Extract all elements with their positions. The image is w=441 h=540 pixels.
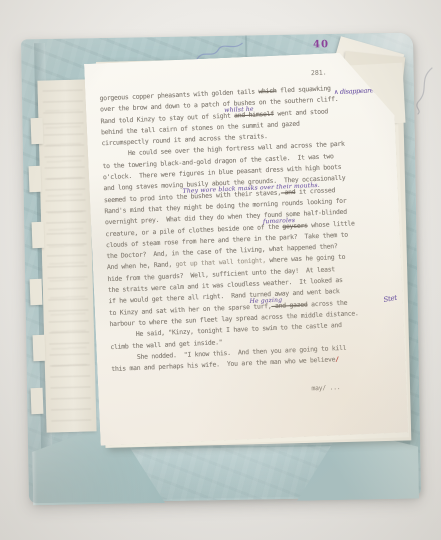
typed-line: Rand told Kinzy to stay out of sight and…	[100, 104, 382, 128]
page-edge-tab	[32, 222, 45, 248]
typed-line: o'clock. There were figures in blue peas…	[103, 160, 385, 184]
manuscript-page: 281. gorgeous copper pheasants with gold…	[84, 51, 408, 446]
typed-line: the Doctor? And, in the case of the livi…	[106, 239, 388, 263]
typed-segment: seemed to prod into the bushes with thei…	[104, 188, 281, 204]
typed-line: seemed to prod into the bushes with thei…	[104, 183, 386, 207]
typed-segment: climb the wall and get inside."	[110, 338, 222, 351]
typed-line: gorgeous copper pheasants with golden ta…	[99, 81, 381, 105]
typed-line: She nodded. "I know this. And then you a…	[111, 341, 393, 365]
typed-segment: harbour to where the sun fleet lay sprea…	[109, 309, 358, 328]
typed-segment: Rand told Kinzy to stay out of sight	[100, 111, 234, 125]
typed-segment: creature, or a pile of clothes beside on…	[105, 222, 282, 238]
typed-text-block: gorgeous copper pheasants with golden ta…	[99, 81, 393, 375]
folder-bottom-flap	[36, 445, 413, 502]
typed-line: to Kinzy and sat with her on the sparse …	[109, 295, 391, 319]
ghost-text-lines	[45, 110, 87, 373]
typed-segment: clouds of steam rose from here and there…	[106, 231, 348, 250]
typed-segment: Rand's mind that they might be doing the…	[104, 197, 346, 216]
handwritten-annotation: He gazing	[249, 295, 282, 308]
red-proof-mark: /	[335, 355, 339, 363]
typed-segment: and himself	[234, 109, 274, 119]
handwritten-annotation: They wore black masks over their mouths.	[182, 180, 320, 197]
typed-line: He could see over the high fortress wall…	[102, 137, 384, 161]
typed-segment: geysers	[282, 221, 308, 230]
typed-segment: over the brow and down to a patch of bus…	[100, 95, 339, 113]
typed-line: Rand's mind that they might be doing the…	[104, 194, 386, 218]
typed-line: the straits were calm and it was cloudle…	[108, 273, 390, 297]
typed-segment: to Kinzy and sat with her on the sparse …	[109, 302, 272, 317]
typed-segment: behind the tall cairn of stones on the s…	[101, 120, 300, 137]
typed-segment: across the	[307, 298, 347, 308]
typed-line: harbour to where the sun fleet lay sprea…	[109, 307, 391, 331]
typed-segment: hide from the guards? Well, sufficient u…	[107, 265, 335, 283]
page-edge-tab	[30, 279, 43, 305]
typed-line: And when he, Rand, got up that wall toni…	[107, 250, 389, 274]
typed-line: to the towering black-and-gold dragon of…	[102, 149, 384, 173]
catchword: may/ ...	[112, 381, 394, 401]
typed-segment: gorgeous copper pheasants with golden ta…	[99, 87, 258, 102]
page-edge-tab	[31, 388, 44, 414]
typed-segment: got up that wall tonight,	[175, 257, 266, 269]
typed-segment: to the towering black-and-gold dragon of…	[102, 152, 333, 170]
typed-segment: where was he going to	[266, 253, 346, 264]
typed-line: circumspectly round it and across the st…	[101, 126, 383, 150]
typed-segment: And when he, Rand,	[107, 261, 176, 272]
typed-segment: overnight prey. What did they do when th…	[105, 208, 347, 227]
typed-line: this man and perhaps his wife. You are t…	[111, 352, 393, 376]
typed-line: creature, or a pile of clothes beside on…	[105, 216, 387, 240]
typed-segment: fled squawking	[276, 84, 331, 94]
typed-segment: o'clock. There were figures in blue peas…	[103, 163, 342, 181]
page-edge-tab	[33, 335, 46, 361]
typed-segment: which	[258, 87, 276, 96]
typed-segment: the Doctor? And, in the case of the livi…	[106, 242, 337, 260]
typed-segment: and	[281, 188, 296, 197]
typed-segment: and long staves moving busily about the …	[103, 174, 345, 193]
typed-segment: this man and perhaps his wife. You are t…	[111, 355, 335, 373]
typed-line: clouds of steam rose from here and there…	[106, 228, 388, 252]
handwritten-annotation: Stet	[382, 292, 397, 306]
typed-segment: it crossed	[295, 186, 335, 196]
typed-segment: if he would get there all right. Rand tu…	[108, 287, 339, 305]
typed-line: climb the wall and get inside."	[110, 329, 392, 353]
page-edge-tab	[31, 118, 44, 144]
typed-line: if he would get there all right. Rand tu…	[108, 284, 390, 308]
typed-segment: and gazed	[271, 300, 307, 310]
typed-segment: whose little	[307, 219, 354, 229]
page-number: 281.	[311, 68, 327, 77]
typed-line: over the brow and down to a patch of bus…	[100, 92, 382, 116]
typed-segment: He said, "Kinzy, tonight I have to swim …	[136, 321, 342, 338]
photograph-of-manuscript: 40 281. gorgeous copper pheasants with g…	[0, 0, 441, 540]
typed-line: and long staves moving busily about the …	[103, 171, 385, 195]
typed-segment: the straits were calm and it was cloudle…	[108, 276, 343, 294]
typed-line: He said, "Kinzy, tonight I have to swim …	[110, 318, 392, 342]
typed-line: behind the tall cairn of stones on the s…	[101, 115, 383, 139]
typed-segment: circumspectly round it and across the st…	[101, 132, 267, 147]
folder-page-number: 40	[313, 39, 329, 50]
handwritten-annotation: whilst he	[224, 104, 254, 117]
typed-line: hide from the guards? Well, sufficient u…	[107, 262, 389, 286]
page-edge-tab	[29, 166, 42, 192]
typed-segment: went and stood	[274, 107, 329, 117]
typed-line: overnight prey. What did they do when th…	[105, 205, 387, 229]
typed-segment: He could see over the high fortress wall…	[128, 140, 345, 157]
handwritten-annotation: fumaroles	[263, 215, 296, 228]
typed-segment: She nodded. "I know this. And then you a…	[137, 344, 347, 361]
